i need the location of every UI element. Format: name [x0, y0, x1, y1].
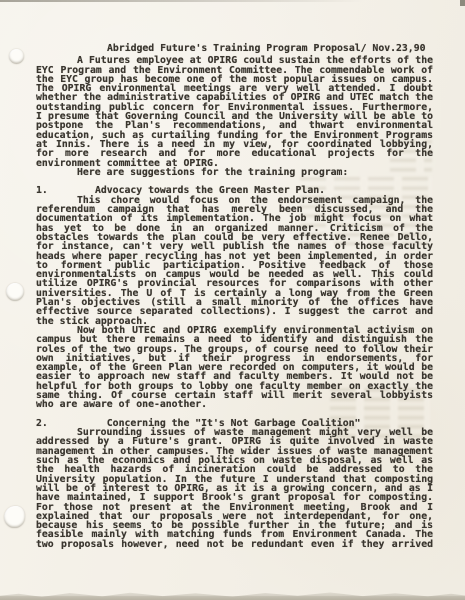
hole-punch-top: [9, 49, 24, 64]
document-line: Here are suggestions for the training pr…: [36, 168, 433, 177]
scan-corner-speck: [460, 0, 465, 6]
scan-bottom-edge: [0, 596, 465, 600]
hole-punch-middle: [6, 283, 24, 301]
hole-punch-bottom: [4, 506, 25, 528]
scan-top-edge: [0, 0, 465, 2]
scanned-document-screenshot: Abridged Future's Training Program Propo…: [0, 0, 465, 600]
document-title-line: Abridged Future's Training Program Propo…: [36, 44, 433, 53]
document-text: Abridged Future's Training Program Propo…: [36, 44, 433, 549]
document-line: who are aware of one-another.: [36, 400, 433, 409]
document-line: two proposals however, need not be redun…: [36, 540, 433, 549]
